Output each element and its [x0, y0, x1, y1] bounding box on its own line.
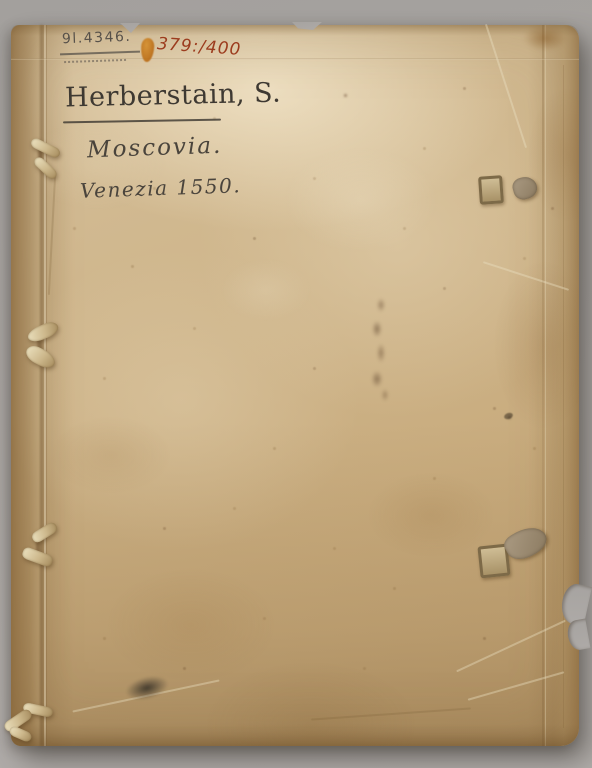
crease-line — [72, 679, 219, 712]
tie-remnant-upper-slot — [478, 175, 504, 205]
crease-line — [485, 24, 527, 148]
fore-edge-crease-dark — [542, 25, 544, 746]
ink-bleed-smudge-center — [359, 291, 397, 406]
photo-background: 9l.4346. 379:/400 Herberstain, S. Moscov… — [0, 0, 592, 768]
fore-edge-crease-outer — [563, 65, 564, 728]
fox-spot-freckles — [11, 25, 579, 746]
crease-line — [48, 175, 56, 295]
vellum-tie-strip — [26, 320, 61, 345]
inscription-imprint: Venezia 1550. — [80, 173, 242, 203]
spine-tie-lower — [19, 523, 65, 589]
crease-line — [311, 707, 471, 720]
vellum-tie-strip — [23, 343, 58, 372]
fore-edge-crease-light — [545, 25, 546, 746]
tie-remnant-upper-stub — [510, 174, 539, 202]
dark-speck-right — [503, 412, 514, 421]
spine-tie-top — [25, 137, 69, 191]
bottom-edge-fold — [11, 724, 579, 746]
vellum-mottling — [11, 25, 579, 746]
inscription-lot-number: 379:/400 — [156, 34, 242, 60]
crease-line — [456, 620, 566, 673]
vellum-tie-strip — [21, 546, 54, 568]
vellum-tie-strip — [29, 137, 61, 160]
inscription-author: Herberstain, S. — [65, 78, 282, 114]
spine-ridge-highlight — [44, 25, 46, 746]
spine-joint-crease — [40, 25, 43, 746]
top-edge-fold — [11, 25, 579, 36]
vellum-tie-strip — [30, 521, 59, 545]
author-underline — [63, 119, 221, 124]
spine-tie-middle — [23, 319, 71, 385]
spine-tie-bottom-knot — [3, 697, 55, 759]
inscription-title: Moscovia. — [87, 133, 223, 164]
crease-line — [468, 671, 565, 700]
catalog-dotted-marks — [64, 55, 126, 63]
black-ink-smudge-bottom — [123, 672, 171, 704]
book-cover: 9l.4346. 379:/400 Herberstain, S. Moscov… — [11, 25, 579, 746]
vellum-tie-strip — [8, 725, 33, 743]
catalog-underline — [60, 51, 140, 56]
vellum-tie-strip — [32, 155, 59, 181]
